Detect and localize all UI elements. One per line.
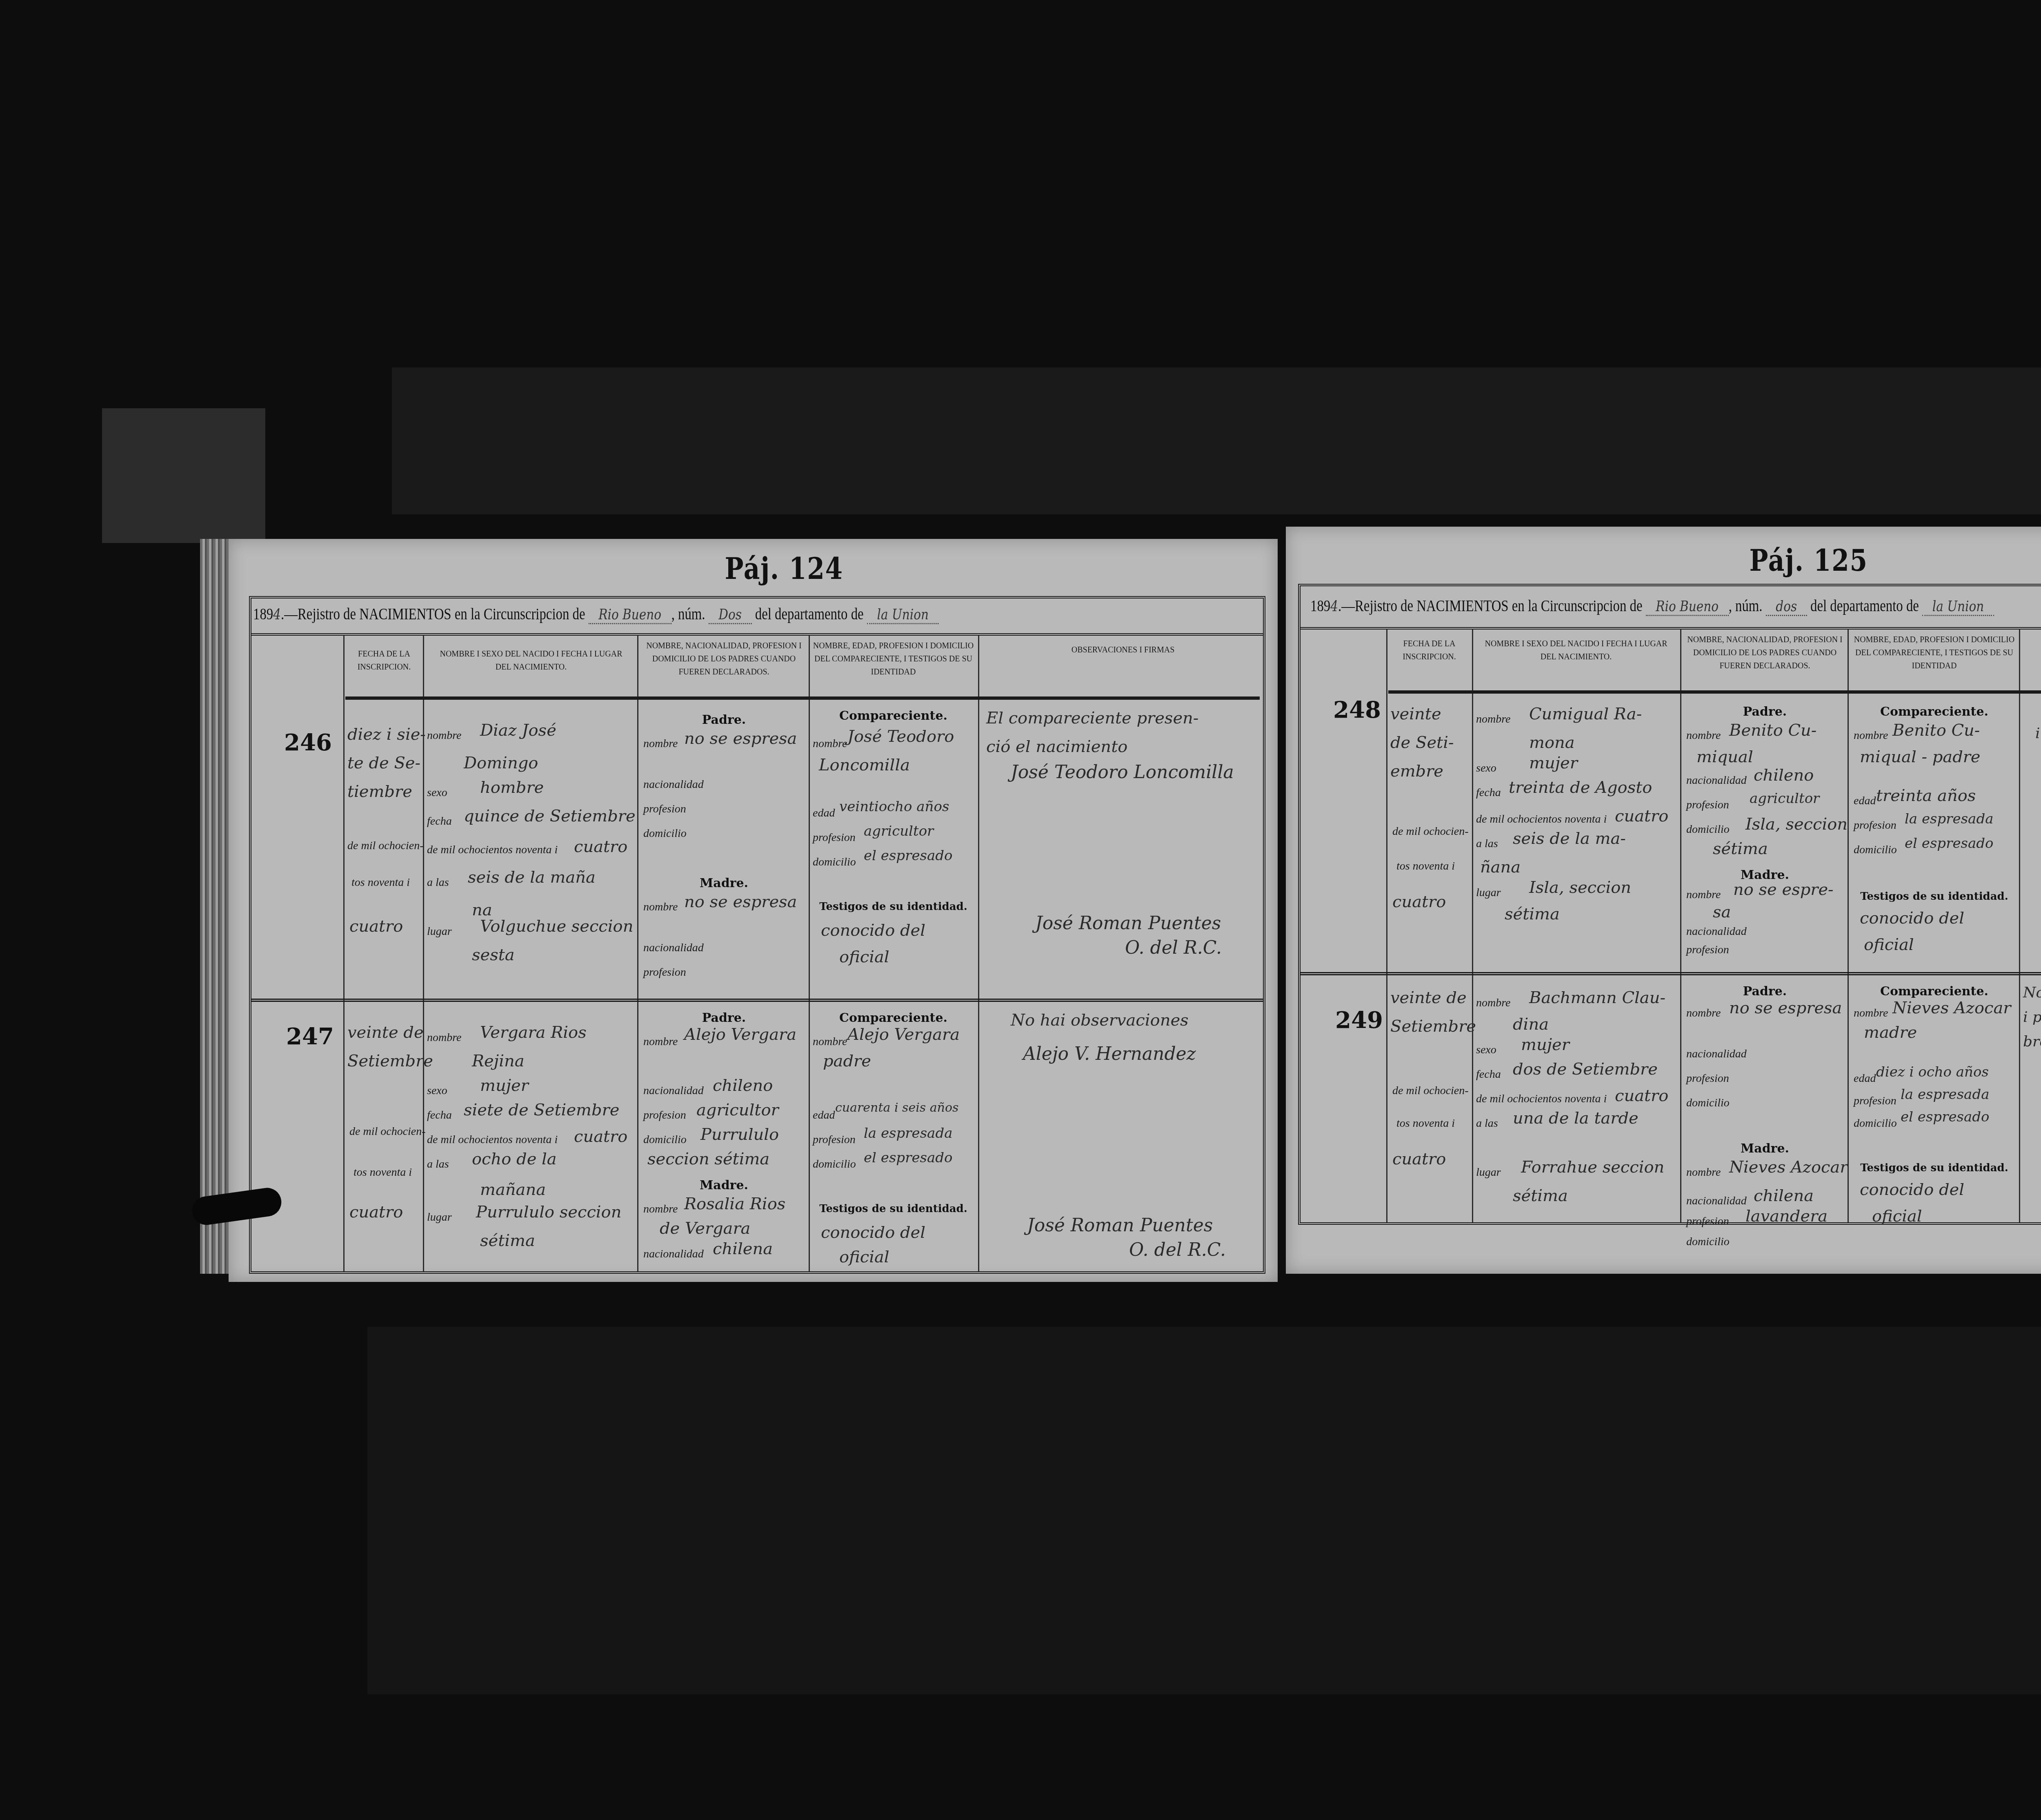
- padre-nombre: Alejo Vergara: [684, 1025, 796, 1044]
- entry-number: 247: [286, 1023, 334, 1050]
- nacido-lugar: Volguchue seccion: [480, 917, 633, 936]
- nacido-fecha: treinta de Agosto: [1509, 778, 1652, 797]
- testigos: conocido del: [1860, 1180, 1964, 1199]
- page-number-title: Páj. 125: [1750, 543, 1868, 578]
- register-table: Fecha de la inscripcion. Nombre i sexo d…: [249, 596, 1265, 1274]
- scanner-backdrop-lower: [367, 1327, 2041, 1694]
- padre-nombre: no se espresa: [1729, 999, 1842, 1017]
- col-divider: [1680, 629, 1681, 1222]
- madre-nombre: Rosalia Rios: [684, 1195, 785, 1213]
- compareciente-nombre: Nieves Azocar: [1892, 999, 2011, 1017]
- nacido-sexo: mujer: [1521, 1035, 1570, 1054]
- nacido-nombre: Vergara Rios: [480, 1023, 587, 1042]
- padre-nombre: Benito Cu-: [1729, 721, 1816, 740]
- nacido-sexo: mujer: [480, 1076, 529, 1095]
- colhead-compareciente: Nombre, edad, profesion i domicilio del …: [1854, 633, 2015, 672]
- nacido-fecha: dos de Setiembre: [1513, 1060, 1658, 1079]
- col-divider: [978, 635, 979, 1271]
- col-divider: [1472, 629, 1473, 1222]
- subheader-rule: [1388, 690, 2041, 694]
- firma-oficial: José Roman Puentes: [1027, 1215, 1213, 1236]
- entry-separator: [1301, 972, 2041, 975]
- entry-number: 246: [284, 729, 332, 756]
- madre-nombre: Nieves Azocar: [1729, 1158, 1848, 1177]
- page-number-title: Páj. 124: [725, 551, 843, 586]
- colhead-padres: Nombre, nacionalidad, profesion i domici…: [643, 639, 805, 679]
- nacido-nombre: Bachmann Clau-: [1529, 988, 1665, 1007]
- nacido-fecha: quince de Setiembre: [464, 807, 636, 825]
- nacido-nombre: Cumigual Ra-: [1529, 705, 1642, 723]
- page-left: Páj. 124 1894.—Rejistro de NACIMIENTOS e…: [229, 539, 1278, 1282]
- header-rule: [251, 633, 1263, 636]
- colhead-fecha: Fecha de la inscripcion.: [347, 647, 421, 674]
- colhead-observaciones: Observaciones i firmas: [2027, 637, 2041, 650]
- col-divider: [637, 635, 638, 1271]
- firma-oficial: José Roman Puentes: [1035, 913, 1221, 934]
- firma-compareciente: Alejo V. Hernandez: [1023, 1043, 1196, 1064]
- colhead-nacido: Nombre i sexo del nacido i fecha i lugar…: [1480, 637, 1672, 663]
- compareciente-nombre: Alejo Vergara: [847, 1025, 960, 1044]
- page-stack-left: [200, 539, 233, 1274]
- testigos: conocido del: [1860, 909, 1964, 928]
- compareciente-nombre: Benito Cu-: [1892, 721, 1980, 740]
- padre-nombre: no se espresa: [684, 729, 797, 748]
- colhead-fecha: Fecha de la inscripcion.: [1390, 637, 1469, 663]
- entry-separator: [251, 999, 1263, 1002]
- col-divider: [2019, 629, 2020, 1222]
- col-divider: [1386, 629, 1387, 1222]
- col-divider: [343, 635, 345, 1271]
- nacido-sexo: hombre: [480, 778, 544, 797]
- nacido-nombre: Diaz José: [480, 721, 556, 740]
- scanner-backdrop: [392, 367, 2041, 514]
- nacido-fecha: siete de Setiembre: [464, 1101, 619, 1119]
- firma-compareciente: José Teodoro Loncomilla: [1011, 762, 1234, 783]
- book-cradle-left: [102, 408, 265, 543]
- entry-number: 249: [1335, 1007, 1383, 1034]
- colhead-nacido: Nombre i sexo del nacido i fecha i lugar…: [431, 647, 631, 674]
- colhead-compareciente: Nombre, edad, profesion i domicilio del …: [813, 639, 974, 679]
- fecha-inscripcion: veinte de: [347, 1023, 424, 1042]
- col-divider: [1848, 629, 1849, 1222]
- fecha-inscripcion: veinte: [1390, 705, 1441, 723]
- madre-nombre: no se espresa: [684, 892, 797, 911]
- observaciones: No sabe firmar la madre: [2023, 984, 2041, 1001]
- colhead-padres: Nombre, nacionalidad, profesion i domici…: [1686, 633, 1843, 672]
- observaciones: No hai observaciones: [1011, 1011, 1189, 1030]
- subheader-rule: [345, 696, 1260, 700]
- nacido-lugar: Purrululo seccion: [476, 1203, 621, 1221]
- nacido-sexo: mujer: [1529, 754, 1578, 772]
- testigos: conocido del: [821, 1223, 925, 1242]
- nacido-lugar: Isla, seccion: [1529, 878, 1631, 897]
- testigos: conocido del: [821, 921, 925, 940]
- page-right: Páj. 125 1894.—Rejistro de NACIMIENTOS e…: [1286, 527, 2041, 1274]
- colhead-observaciones: Observaciones i firmas: [986, 643, 1260, 656]
- fecha-inscripcion: veinte de: [1390, 988, 1467, 1007]
- observaciones: El compareciente presen-: [986, 709, 1198, 728]
- entry-number: 248: [1333, 696, 1381, 723]
- compareciente-nombre: José Teodoro: [847, 727, 954, 746]
- col-divider: [809, 635, 810, 1271]
- register-table: Fecha de la inscripcion. Nombre i sexo d…: [1298, 584, 2041, 1225]
- header-rule: [1301, 627, 2041, 630]
- nacido-lugar: Forrahue seccion: [1521, 1158, 1664, 1177]
- madre-nombre: no se espre-: [1733, 880, 1834, 899]
- fecha-inscripcion: diez i sie-: [347, 725, 426, 744]
